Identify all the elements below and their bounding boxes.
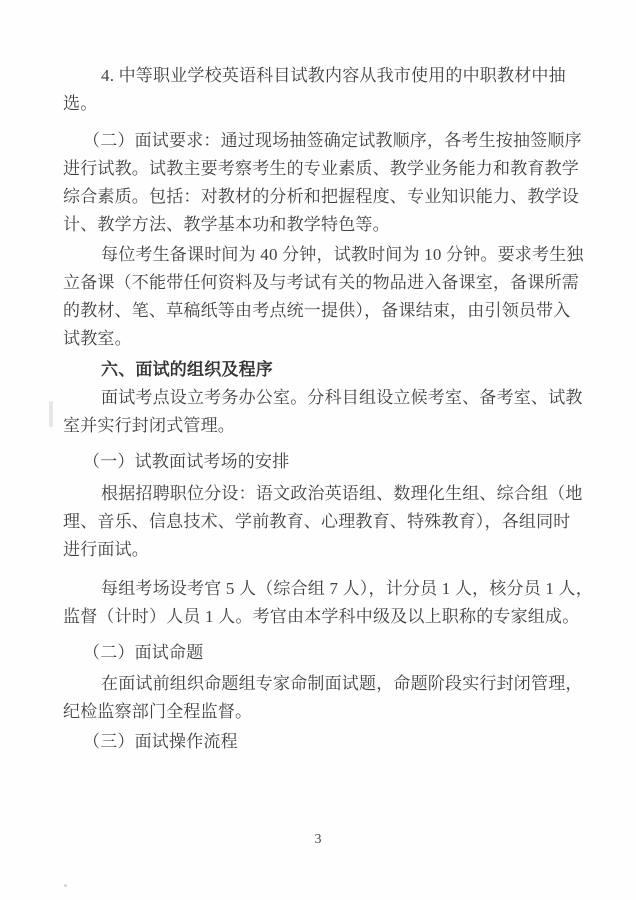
paragraph-examiner-setup: 每组考场设考官 5 人（综合组 7 人），计分员 1 人，核分员 1 人， 监督… <box>63 575 577 631</box>
document-page: 4. 中等职业学校英语科目试教内容从我市使用的中职教材中抽 选。 （二）面试要求… <box>0 0 636 900</box>
sub-heading-three: （三）面试操作流程 <box>63 728 577 756</box>
text-line: 计、教学方法、教学基本功和教学特色等。 <box>63 211 577 239</box>
text-line: （三）面试操作流程 <box>63 728 577 756</box>
text-line: 理、音乐、信息技术、学前教育、心理教育、特殊教育），各组同时 <box>63 508 577 536</box>
paragraph-preparation-time: 每位考生备课时间为 40 分钟，试教时间为 10 分钟。要求考生独 立备课（不能… <box>63 241 577 353</box>
text-line: 4. 中等职业学校英语科目试教内容从我市使用的中职教材中抽 <box>63 62 577 90</box>
paragraph-interview-requirements: （二）面试要求：通过现场抽签确定试教顺序，各考生按抽签顺序 进行试教。试教主要考… <box>63 127 577 239</box>
paragraph-exam-office: 面试考点设立考务办公室。分科目组设立候考室、备考室、试教 室并实行封闭式管理。 <box>63 384 577 440</box>
text-line: （二）面试命题 <box>63 639 577 667</box>
text-line: 面试考点设立考务办公室。分科目组设立候考室、备考室、试教 <box>63 384 577 412</box>
paragraph-group-division: 根据招聘职位分设：语文政治英语组、数理化生组、综合组（地 理、音乐、信息技术、学… <box>63 480 577 564</box>
text-line: 进行试教。试教主要考察考生的专业素质、教学业务能力和教育教学 <box>63 155 577 183</box>
text-line: 纪检监察部门全程监督。 <box>63 698 577 726</box>
heading-line: 六、面试的组织及程序 <box>63 356 577 384</box>
text-line: 每组考场设考官 5 人（综合组 7 人），计分员 1 人，核分员 1 人， <box>63 575 577 603</box>
text-line: 进行面试。 <box>63 536 577 564</box>
scan-artifact-dot <box>64 884 67 887</box>
text-line: 室并实行封闭式管理。 <box>63 412 577 440</box>
page-number: 3 <box>0 832 636 848</box>
text-line: 选。 <box>63 90 577 118</box>
sub-heading-two: （二）面试命题 <box>63 639 577 667</box>
text-line: 试教室。 <box>63 325 577 353</box>
text-line: （二）面试要求：通过现场抽签确定试教顺序，各考生按抽签顺序 <box>63 127 577 155</box>
section-heading-six: 六、面试的组织及程序 <box>63 356 577 384</box>
text-line: 每位考生备课时间为 40 分钟，试教时间为 10 分钟。要求考生独 <box>63 241 577 269</box>
text-line: 监督（计时）人员 1 人。考官由本学科中级及以上职称的专家组成。 <box>63 603 577 631</box>
sub-heading-one: （一）试教面试考场的安排 <box>63 448 577 476</box>
text-line: 的教材、笔、草稿纸等由考点统一提供），备课结束，由引领员带入 <box>63 297 577 325</box>
paragraph-question-setting: 在面试前组织命题组专家命制面试题，命题阶段实行封闭管理， 纪检监察部门全程监督。 <box>63 670 577 726</box>
document-body: 4. 中等职业学校英语科目试教内容从我市使用的中职教材中抽 选。 （二）面试要求… <box>63 62 577 756</box>
text-line: 根据招聘职位分设：语文政治英语组、数理化生组、综合组（地 <box>63 480 577 508</box>
text-line: 综合素质。包括：对教材的分析和把握程度、专业知识能力、教学设 <box>63 183 577 211</box>
text-line: 在面试前组织命题组专家命制面试题，命题阶段实行封闭管理， <box>63 670 577 698</box>
scan-artifact-strip <box>49 401 53 427</box>
paragraph-numbered-item-4: 4. 中等职业学校英语科目试教内容从我市使用的中职教材中抽 选。 <box>63 62 577 118</box>
text-line: （一）试教面试考场的安排 <box>63 448 577 476</box>
text-line: 立备课（不能带任何资料及与考试有关的物品进入备课室，备课所需 <box>63 269 577 297</box>
